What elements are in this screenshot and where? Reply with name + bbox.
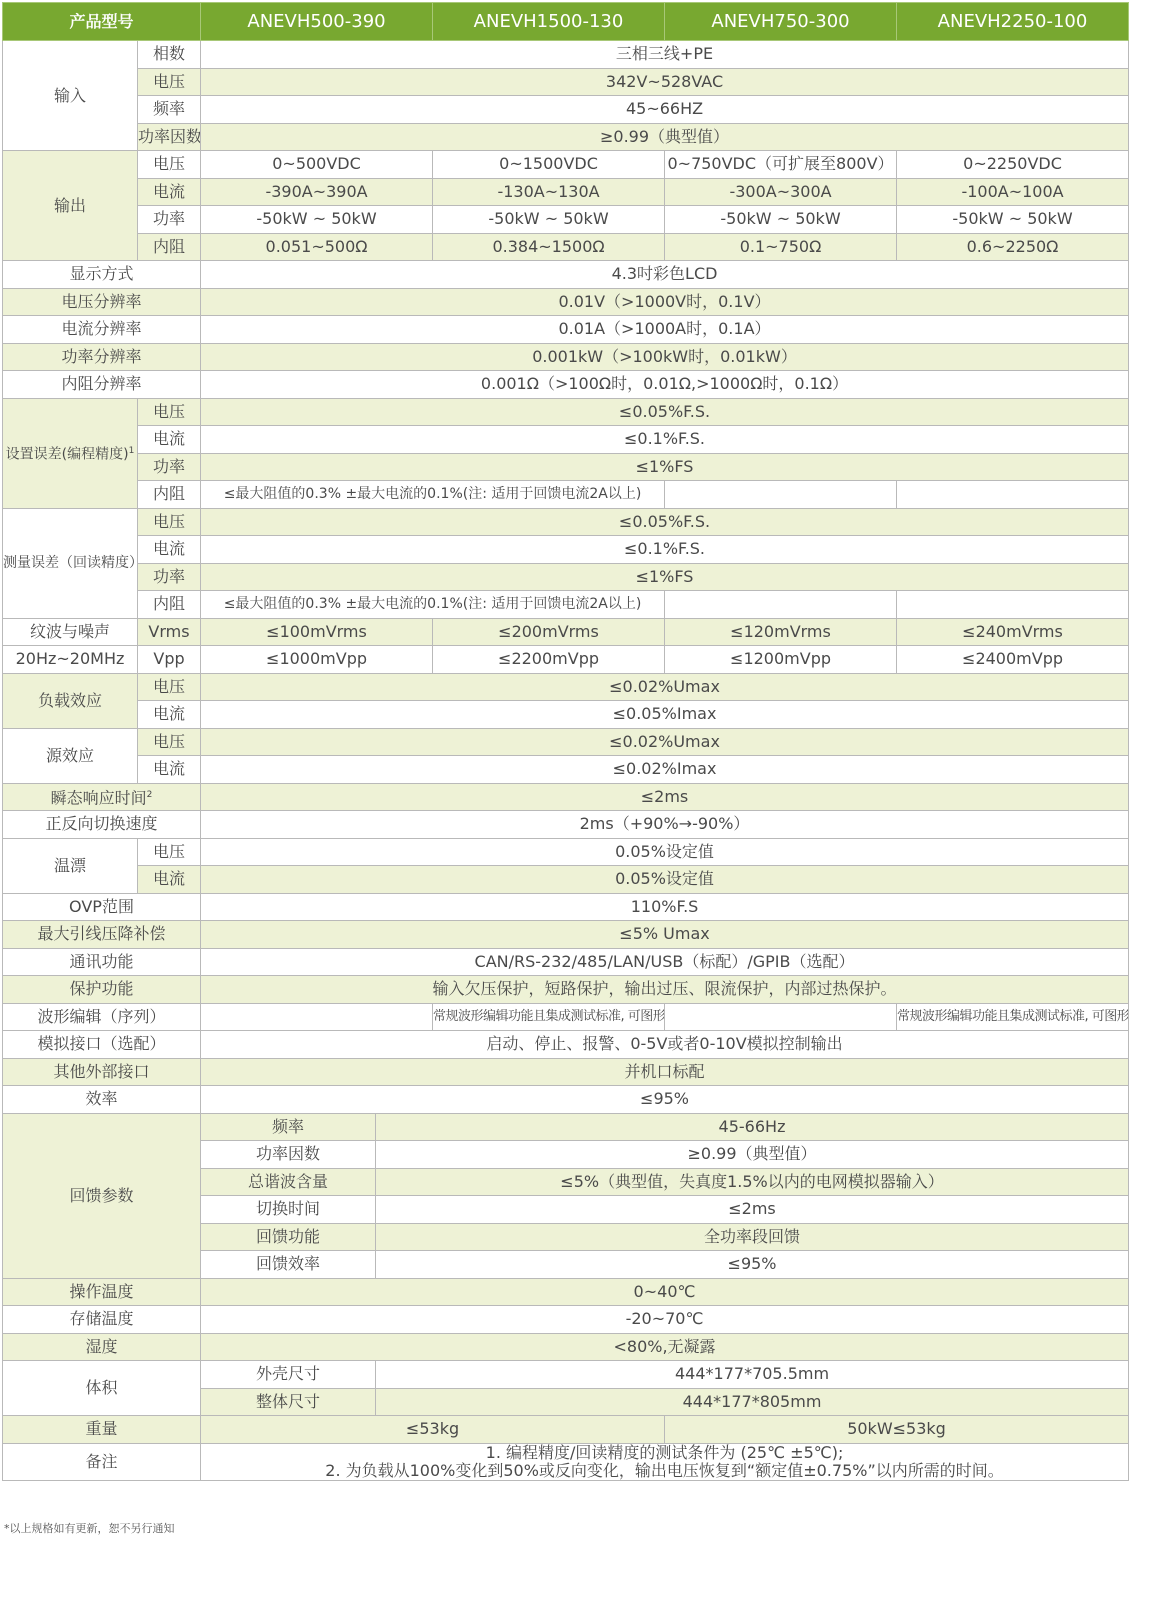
value: 0.051~500Ω bbox=[201, 233, 433, 261]
value: 0~500VDC bbox=[201, 151, 433, 179]
ripple-band-label: 20Hz~20MHz bbox=[3, 646, 138, 674]
value: ≤200mVrms bbox=[433, 618, 665, 646]
value: 0.001Ω（>100Ω时，0.01Ω,>1000Ω时，0.1Ω） bbox=[201, 371, 1129, 399]
empty-cell bbox=[897, 481, 1129, 509]
input-row: 功率因数 ≥0.99（典型值） bbox=[3, 123, 1129, 151]
model-1: ANEVH500-390 bbox=[201, 3, 433, 41]
value: 0.01V（>1000V时，0.1V） bbox=[201, 288, 1129, 316]
value: 0~750VDC（可扩展至800V） bbox=[665, 151, 897, 179]
output-row: 功率 -50kW ~ 50kW -50kW ~ 50kW -50kW ~ 50k… bbox=[3, 206, 1129, 234]
row-label: 显示方式 bbox=[3, 261, 201, 289]
row-label: 最大引线压降补偿 bbox=[3, 921, 201, 949]
sub-label: 电流 bbox=[138, 426, 201, 454]
sub-label: 电流 bbox=[138, 178, 201, 206]
model-2: ANEVH1500-130 bbox=[433, 3, 665, 41]
row-label: 备注 bbox=[3, 1443, 201, 1480]
value: ≤120mVrms bbox=[665, 618, 897, 646]
protection-row: 保护功能 输入欠压保护，短路保护，输出过压、限流保护，内部过热保护。 bbox=[3, 976, 1129, 1004]
storage-temp-row: 存储温度 -20~70℃ bbox=[3, 1306, 1129, 1334]
source-effect-row: 电流 ≤0.02%Imax bbox=[3, 756, 1129, 784]
temp-drift-row: 温漂 电压 0.05%设定值 bbox=[3, 838, 1129, 866]
value: 常规波形编辑功能且集成测试标准, 可图形化 bbox=[897, 1003, 1129, 1031]
ripple-row: 纹波与噪声 Vrms ≤100mVrms ≤200mVrms ≤120mVrms… bbox=[3, 618, 1129, 646]
spec-table: 产品型号 ANEVH500-390 ANEVH1500-130 ANEVH750… bbox=[2, 2, 1129, 1481]
value: ≤0.02%Umax bbox=[201, 728, 1129, 756]
value: 45-66Hz bbox=[376, 1113, 1129, 1141]
value: -390A~390A bbox=[201, 178, 433, 206]
value: 全功率段回馈 bbox=[376, 1223, 1129, 1251]
output-row: 输出 电压 0~500VDC 0~1500VDC 0~750VDC（可扩展至80… bbox=[3, 151, 1129, 179]
row-label: 模拟接口（选配） bbox=[3, 1031, 201, 1059]
display-row: 显示方式 4.3吋彩色LCD bbox=[3, 261, 1129, 289]
setting-error-row: 电流 ≤0.1%F.S. bbox=[3, 426, 1129, 454]
sub-label: 总谐波含量 bbox=[201, 1168, 376, 1196]
sub-label: 内阻 bbox=[138, 481, 201, 509]
value: ≤0.05%Imax bbox=[201, 701, 1129, 729]
value: 444*177*805mm bbox=[376, 1388, 1129, 1416]
sub-label: Vpp bbox=[138, 646, 201, 674]
empty-cell bbox=[665, 591, 897, 619]
value: 三相三线+PE bbox=[201, 41, 1129, 69]
value: ≤2200mVpp bbox=[433, 646, 665, 674]
remark-line: 2. 为负载从100%变化到50%或反向变化，输出电压恢复到“额定值±0.75%… bbox=[201, 1462, 1128, 1480]
row-label: 电流分辨率 bbox=[3, 316, 201, 344]
output-row: 内阻 0.051~500Ω 0.384~1500Ω 0.1~750Ω 0.6~2… bbox=[3, 233, 1129, 261]
sub-label: 内阻 bbox=[138, 591, 201, 619]
row-label: 内阻分辨率 bbox=[3, 371, 201, 399]
value: ≤1200mVpp bbox=[665, 646, 897, 674]
row-label: 电压分辨率 bbox=[3, 288, 201, 316]
value: 0.6~2250Ω bbox=[897, 233, 1129, 261]
setting-error-row: 功率 ≤1%FS bbox=[3, 453, 1129, 481]
sub-label: 功率因数 bbox=[201, 1141, 376, 1169]
value: ≤0.1%F.S. bbox=[201, 426, 1129, 454]
value: ≤0.05%F.S. bbox=[201, 398, 1129, 426]
row-label: 通讯功能 bbox=[3, 948, 201, 976]
value: 输入欠压保护，短路保护，输出过压、限流保护，内部过热保护。 bbox=[201, 976, 1129, 1004]
row-label: 波形编辑（序列） bbox=[3, 1003, 201, 1031]
header-row: 产品型号 ANEVH500-390 ANEVH1500-130 ANEVH750… bbox=[3, 3, 1129, 41]
value: ≤0.1%F.S. bbox=[201, 536, 1129, 564]
sub-label: 回馈效率 bbox=[201, 1251, 376, 1279]
sub-label: 电压 bbox=[138, 508, 201, 536]
value: -50kW ~ 50kW bbox=[433, 206, 665, 234]
sub-label: 整体尺寸 bbox=[201, 1388, 376, 1416]
value: 启动、停止、报警、0-5V或者0-10V模拟控制输出 bbox=[201, 1031, 1129, 1059]
sub-label: 功率 bbox=[138, 563, 201, 591]
temp-drift-label: 温漂 bbox=[3, 838, 138, 893]
value: 342V~528VAC bbox=[201, 68, 1129, 96]
value: 0.001kW（>100kW时，0.01kW） bbox=[201, 343, 1129, 371]
value: ≥0.99（典型值） bbox=[376, 1141, 1129, 1169]
resolution-row: 电流分辨率 0.01A（>1000A时，0.1A） bbox=[3, 316, 1129, 344]
value: -130A~130A bbox=[433, 178, 665, 206]
efficiency-row: 效率 ≤95% bbox=[3, 1086, 1129, 1114]
remarks-row: 备注 1. 编程精度/回读精度的测试条件为 (25℃ ±5℃); 2. 为负载从… bbox=[3, 1443, 1129, 1480]
resolution-row: 电压分辨率 0.01V（>1000V时，0.1V） bbox=[3, 288, 1129, 316]
value: -50kW ~ 50kW bbox=[665, 206, 897, 234]
measure-error-row: 电流 ≤0.1%F.S. bbox=[3, 536, 1129, 564]
row-label: 重量 bbox=[3, 1416, 201, 1444]
value bbox=[665, 1003, 897, 1031]
value: 0~1500VDC bbox=[433, 151, 665, 179]
value: 0~40℃ bbox=[201, 1278, 1129, 1306]
measure-error-row: 功率 ≤1%FS bbox=[3, 563, 1129, 591]
value: ≤240mVrms bbox=[897, 618, 1129, 646]
resolution-row: 内阻分辨率 0.001Ω（>100Ω时，0.01Ω,>1000Ω时，0.1Ω） bbox=[3, 371, 1129, 399]
sub-label: 电压 bbox=[138, 728, 201, 756]
resolution-row: 功率分辨率 0.001kW（>100kW时，0.01kW） bbox=[3, 343, 1129, 371]
value: ≤2400mVpp bbox=[897, 646, 1129, 674]
output-row: 电流 -390A~390A -130A~130A -300A~300A -100… bbox=[3, 178, 1129, 206]
analog-interface-row: 模拟接口（选配） 启动、停止、报警、0-5V或者0-10V模拟控制输出 bbox=[3, 1031, 1129, 1059]
row-label: OVP范围 bbox=[3, 893, 201, 921]
switch-speed-row: 正反向切换速度 2ms（+90%→-90%） bbox=[3, 811, 1129, 839]
value: ≤5% Umax bbox=[201, 921, 1129, 949]
value: <80%,无凝露 bbox=[201, 1333, 1129, 1361]
value: ≤95% bbox=[376, 1251, 1129, 1279]
measure-error-row: 测量误差（回读精度） 电压 ≤0.05%F.S. bbox=[3, 508, 1129, 536]
feedback-row: 回馈参数 频率 45-66Hz bbox=[3, 1113, 1129, 1141]
sub-label: 电压 bbox=[138, 673, 201, 701]
row-label: 湿度 bbox=[3, 1333, 201, 1361]
load-effect-row: 负载效应 电压 ≤0.02%Umax bbox=[3, 673, 1129, 701]
value: ≤1000mVpp bbox=[201, 646, 433, 674]
input-row: 输入 相数 三相三线+PE bbox=[3, 41, 1129, 69]
measure-error-label: 测量误差（回读精度） bbox=[3, 508, 138, 618]
value: 0.1~750Ω bbox=[665, 233, 897, 261]
source-effect-label: 源效应 bbox=[3, 728, 138, 783]
value: CAN/RS-232/485/LAN/USB（标配）/GPIB（选配） bbox=[201, 948, 1129, 976]
load-effect-label: 负载效应 bbox=[3, 673, 138, 728]
output-label: 输出 bbox=[3, 151, 138, 261]
value: 0.01A（>1000A时，0.1A） bbox=[201, 316, 1129, 344]
ripple-label: 纹波与噪声 bbox=[3, 618, 138, 646]
row-label: 瞬态响应时间2 bbox=[3, 783, 201, 811]
value: ≤5%（典型值，失真度1.5%以内的电网模拟器输入） bbox=[376, 1168, 1129, 1196]
value: ≤0.02%Umax bbox=[201, 673, 1129, 701]
measure-error-row: 内阻 ≤最大阻值的0.3% ±最大电流的0.1%(注: 适用于回馈电流2A以上) bbox=[3, 591, 1129, 619]
sub-label: 电流 bbox=[138, 536, 201, 564]
sub-label: 电压 bbox=[138, 151, 201, 179]
model-4: ANEVH2250-100 bbox=[897, 3, 1129, 41]
sub-label: 电压 bbox=[138, 838, 201, 866]
lead-compensation-row: 最大引线压降补偿 ≤5% Umax bbox=[3, 921, 1129, 949]
value: ≤2ms bbox=[376, 1196, 1129, 1224]
sub-label: 电流 bbox=[138, 756, 201, 784]
load-effect-row: 电流 ≤0.05%Imax bbox=[3, 701, 1129, 729]
input-row: 频率 45~66HZ bbox=[3, 96, 1129, 124]
weight-row: 重量 ≤53kg 50kW≤53kg bbox=[3, 1416, 1129, 1444]
value: -100A~100A bbox=[897, 178, 1129, 206]
humidity-row: 湿度 <80%,无凝露 bbox=[3, 1333, 1129, 1361]
waveform-row: 波形编辑（序列） 常规波形编辑功能且集成测试标准, 可图形化 常规波形编辑功能且… bbox=[3, 1003, 1129, 1031]
sub-label: 相数 bbox=[138, 41, 201, 69]
empty-cell bbox=[897, 591, 1129, 619]
setting-error-label: 设置误差(编程精度)1 bbox=[3, 398, 138, 508]
value: ≤0.05%F.S. bbox=[201, 508, 1129, 536]
value: 50kW≤53kg bbox=[665, 1416, 1129, 1444]
sub-label: Vrms bbox=[138, 618, 201, 646]
row-label: 其他外部接口 bbox=[3, 1058, 201, 1086]
sub-label: 频率 bbox=[201, 1113, 376, 1141]
value: 并机口标配 bbox=[201, 1058, 1129, 1086]
value: 0.384~1500Ω bbox=[433, 233, 665, 261]
value: ≤95% bbox=[201, 1086, 1129, 1114]
feedback-label: 回馈参数 bbox=[3, 1113, 201, 1278]
value: 0.05%设定值 bbox=[201, 838, 1129, 866]
footnote: *以上规格如有更新，恕不另行通知 bbox=[4, 1520, 175, 1536]
ripple-row: 20Hz~20MHz Vpp ≤1000mVpp ≤2200mVpp ≤1200… bbox=[3, 646, 1129, 674]
value: -50kW ~ 50kW bbox=[897, 206, 1129, 234]
row-label: 存储温度 bbox=[3, 1306, 201, 1334]
value: 2ms（+90%→-90%） bbox=[201, 811, 1129, 839]
value: ≤最大阻值的0.3% ±最大电流的0.1%(注: 适用于回馈电流2A以上) bbox=[201, 481, 665, 509]
sub-label: 内阻 bbox=[138, 233, 201, 261]
value: 444*177*705.5mm bbox=[376, 1361, 1129, 1389]
value: 110%F.S bbox=[201, 893, 1129, 921]
value: ≤0.02%Imax bbox=[201, 756, 1129, 784]
value: 常规波形编辑功能且集成测试标准, 可图形化 bbox=[433, 1003, 665, 1031]
volume-row: 体积 外壳尺寸 444*177*705.5mm bbox=[3, 1361, 1129, 1389]
sub-label: 电压 bbox=[138, 398, 201, 426]
sub-label: 频率 bbox=[138, 96, 201, 124]
row-label: 正反向切换速度 bbox=[3, 811, 201, 839]
sub-label: 电压 bbox=[138, 68, 201, 96]
row-label: 操作温度 bbox=[3, 1278, 201, 1306]
row-label: 效率 bbox=[3, 1086, 201, 1114]
sub-label: 功率因数 bbox=[138, 123, 201, 151]
source-effect-row: 源效应 电压 ≤0.02%Umax bbox=[3, 728, 1129, 756]
value: 0.05%设定值 bbox=[201, 866, 1129, 894]
sub-label: 切换时间 bbox=[201, 1196, 376, 1224]
sub-label: 功率 bbox=[138, 453, 201, 481]
communication-row: 通讯功能 CAN/RS-232/485/LAN/USB（标配）/GPIB（选配） bbox=[3, 948, 1129, 976]
sub-label: 电流 bbox=[138, 866, 201, 894]
row-label: 功率分辨率 bbox=[3, 343, 201, 371]
remarks-value: 1. 编程精度/回读精度的测试条件为 (25℃ ±5℃); 2. 为负载从100… bbox=[201, 1443, 1129, 1480]
value bbox=[201, 1003, 433, 1031]
temp-drift-row: 电流 0.05%设定值 bbox=[3, 866, 1129, 894]
value: ≤2ms bbox=[201, 783, 1129, 811]
value: 45~66HZ bbox=[201, 96, 1129, 124]
value: -50kW ~ 50kW bbox=[201, 206, 433, 234]
sub-label: 外壳尺寸 bbox=[201, 1361, 376, 1389]
operating-temp-row: 操作温度 0~40℃ bbox=[3, 1278, 1129, 1306]
setting-error-row: 内阻 ≤最大阻值的0.3% ±最大电流的0.1%(注: 适用于回馈电流2A以上) bbox=[3, 481, 1129, 509]
empty-cell bbox=[665, 481, 897, 509]
sub-label: 功率 bbox=[138, 206, 201, 234]
remark-line: 1. 编程精度/回读精度的测试条件为 (25℃ ±5℃); bbox=[201, 1444, 1128, 1462]
value: 0~2250VDC bbox=[897, 151, 1129, 179]
model-3: ANEVH750-300 bbox=[665, 3, 897, 41]
row-label: 保护功能 bbox=[3, 976, 201, 1004]
value: ≤1%FS bbox=[201, 563, 1129, 591]
external-interface-row: 其他外部接口 并机口标配 bbox=[3, 1058, 1129, 1086]
sub-label: 电流 bbox=[138, 701, 201, 729]
value: ≤1%FS bbox=[201, 453, 1129, 481]
value: ≥0.99（典型值） bbox=[201, 123, 1129, 151]
value: ≤最大阻值的0.3% ±最大电流的0.1%(注: 适用于回馈电流2A以上) bbox=[201, 591, 665, 619]
model-label: 产品型号 bbox=[3, 3, 201, 41]
value: -20~70℃ bbox=[201, 1306, 1129, 1334]
value: 4.3吋彩色LCD bbox=[201, 261, 1129, 289]
setting-error-row: 设置误差(编程精度)1 电压 ≤0.05%F.S. bbox=[3, 398, 1129, 426]
input-row: 电压 342V~528VAC bbox=[3, 68, 1129, 96]
value: -300A~300A bbox=[665, 178, 897, 206]
ovp-row: OVP范围 110%F.S bbox=[3, 893, 1129, 921]
volume-label: 体积 bbox=[3, 1361, 201, 1416]
input-label: 输入 bbox=[3, 41, 138, 151]
value: ≤100mVrms bbox=[201, 618, 433, 646]
value: ≤53kg bbox=[201, 1416, 665, 1444]
transient-row: 瞬态响应时间2 ≤2ms bbox=[3, 783, 1129, 811]
sub-label: 回馈功能 bbox=[201, 1223, 376, 1251]
